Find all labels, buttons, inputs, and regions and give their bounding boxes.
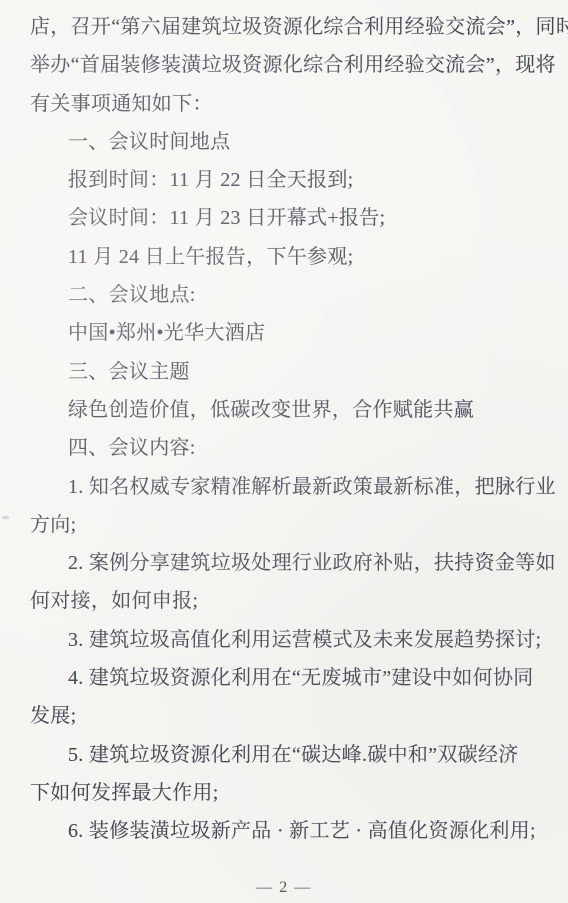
text-line: 中国•郑州•光华大酒店: [30, 314, 538, 352]
text-line: 发展;: [30, 697, 538, 735]
text-line: 方向;: [30, 506, 538, 544]
document-page: 店，召开“第六届建筑垃圾资源化综合利用经验交流会”，同时举办“首届装修装潢垃圾资…: [0, 0, 568, 903]
text-line: 6. 装修装潢垃圾新产品 · 新工艺 · 高值化资源化利用;: [30, 812, 538, 850]
text-line: 2. 案例分享建筑垃圾处理行业政府补贴，扶持资金等如: [30, 544, 538, 582]
text-line: 4. 建筑垃圾资源化利用在“无废城市”建设中如何协同: [30, 659, 538, 697]
text-line: 三、会议主题: [30, 353, 538, 391]
text-line: 二、会议地点:: [30, 276, 538, 314]
text-line: 有关事项通知如下：: [30, 85, 538, 123]
page-number: — 2 —: [0, 879, 568, 897]
text-line: 下如何发挥最大作用;: [30, 774, 538, 812]
text-line: 报到时间：11 月 22 日全天报到;: [30, 161, 538, 199]
text-line: 四、会议内容:: [30, 429, 538, 467]
text-line: 5. 建筑垃圾资源化利用在“碳达峰.碳中和”双碳经济: [30, 736, 538, 774]
text-line: 3. 建筑垃圾高值化利用运营模式及未来发展趋势探讨;: [30, 621, 538, 659]
text-line: 举办“首届装修装潢垃圾资源化综合利用经验交流会”，现将: [30, 46, 538, 84]
text-line: 会议时间：11 月 23 日开幕式+报告;: [30, 199, 538, 237]
text-line: 绿色创造价值，低碳改变世界，合作赋能共赢: [30, 391, 538, 429]
text-line: 何对接，如何申报;: [30, 582, 538, 620]
text-line: 11 月 24 日上午报告，下午参观;: [30, 238, 538, 276]
scan-speck: [2, 516, 9, 519]
text-line: 店，召开“第六届建筑垃圾资源化综合利用经验交流会”，同时: [30, 8, 538, 46]
document-body: 店，召开“第六届建筑垃圾资源化综合利用经验交流会”，同时举办“首届装修装潢垃圾资…: [30, 8, 538, 851]
text-line: 一、会议时间地点: [30, 123, 538, 161]
text-line: 1. 知名权威专家精准解析最新政策最新标准，把脉行业: [30, 468, 538, 506]
